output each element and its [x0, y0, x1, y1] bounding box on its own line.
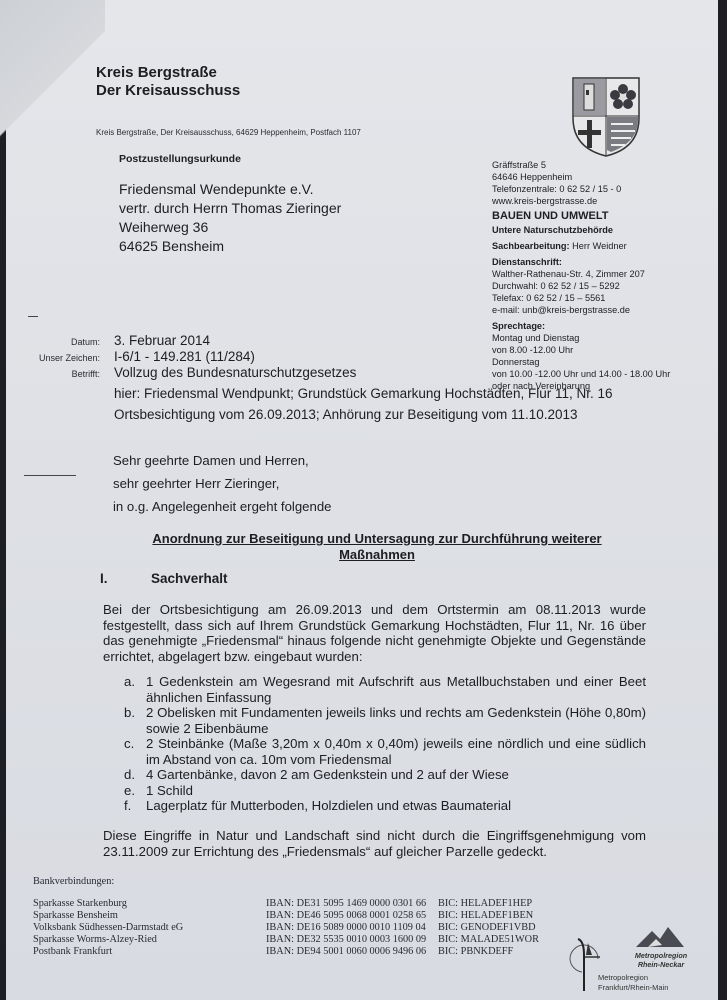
hours-line: von 10.00 -12.00 Uhr und 14.00 - 18.00 U… [492, 368, 722, 380]
sender-line: Kreis Bergstraße, Der Kreisausschuss, 64… [96, 128, 361, 137]
org-department: Der Kreisausschuss [96, 82, 240, 100]
bank-iban: IBAN: DE32 5535 0010 0003 1600 09 [266, 934, 426, 946]
contact-phone: Telefonzentrale: 0 62 52 / 15 - 0 [492, 183, 722, 195]
bank-iban: IBAN: DE46 5095 0068 0001 0258 65 [266, 910, 426, 922]
bank-name: Sparkasse Worms-Alzey-Ried [33, 934, 183, 946]
list-item: d.4 Gartenbänke, davon 2 am Gedenkstein … [124, 767, 646, 783]
facts-paragraph: Bei der Ortsbesichtigung am 26.09.2013 u… [103, 602, 646, 664]
bank-iban: IBAN: DE16 5089 0000 0010 1109 04 [266, 922, 426, 934]
bank-bic: BIC: PBNKDEFF [438, 946, 539, 958]
section-number: I. [100, 571, 108, 586]
bank-name: Sparkasse Starkenburg [33, 898, 183, 910]
violations-list: a.1 Gedenkstein am Wegesrand mit Aufschr… [124, 674, 646, 814]
list-item: f.Lagerplatz für Mutterboden, Holzdielen… [124, 798, 646, 814]
metropolregion-frm-text: Metropolregion Frankfurt/Rhein-Main [598, 973, 668, 993]
authority: Untere Naturschutzbehörde [492, 224, 722, 236]
salutation: Sehr geehrte Damen und Herren, [113, 453, 309, 468]
subject-value: Vollzug des Bundesnaturschutzgesetzes [114, 365, 356, 380]
hours-line: von 8.00 -12.00 Uhr [492, 344, 722, 356]
bank-name: Postbank Frankfurt [33, 946, 183, 958]
bank-name: Sparkasse Bensheim [33, 910, 183, 922]
list-item: a.1 Gedenkstein am Wegesrand mit Aufschr… [124, 674, 646, 705]
subject-line-3: Ortsbesichtigung vom 26.09.2013; Anhörun… [114, 407, 578, 422]
clerk: Sachbearbeitung: Herr Weidner [492, 240, 722, 252]
reference-label: Unser Zeichen: [10, 353, 100, 363]
bank-bics: BIC: HELADEF1HEP BIC: HELADEF1BEN BIC: G… [438, 898, 539, 958]
bank-bic: BIC: GENODEF1VBD [438, 922, 539, 934]
bank-iban: IBAN: DE94 5001 0060 0006 9496 06 [266, 946, 426, 958]
hours-line: Donnerstag [492, 356, 722, 368]
bank-name: Volksbank Südhessen-Darmstadt eG [33, 922, 183, 934]
list-item: e.1 Schild [124, 783, 646, 799]
bank-iban: IBAN: DE31 5095 1469 0000 0301 66 [266, 898, 426, 910]
bank-names: Sparkasse Starkenburg Sparkasse Bensheim… [33, 898, 183, 958]
date-label: Datum: [10, 337, 100, 347]
fax: Telefax: 0 62 52 / 15 – 5561 [492, 292, 722, 304]
subject-label: Betrifft: [10, 369, 100, 379]
hours-label: Sprechtage: [492, 320, 722, 332]
department: BAUEN UND UMWELT [492, 210, 722, 222]
bank-bic: BIC: HELADEF1BEN [438, 910, 539, 922]
contact-info: Gräffstraße 5 64646 Heppenheim Telefonze… [492, 159, 722, 392]
bank-bic: BIC: HELADEF1HEP [438, 898, 539, 910]
metropolregion-rn-text: Metropolregion Rhein-Neckar [626, 951, 696, 969]
recipient-city: 64625 Bensheim [119, 237, 341, 256]
letterhead-organization: Kreis Bergstraße Der Kreisausschuss [96, 64, 240, 100]
coat-of-arms-icon [571, 76, 641, 158]
hours-line: Montag und Dienstag [492, 332, 722, 344]
recipient-name: Friedensmal Wendepunkte e.V. [119, 180, 341, 199]
bank-bic: BIC: MALADE51WOR [438, 934, 539, 946]
bank-ibans: IBAN: DE31 5095 1469 0000 0301 66 IBAN: … [266, 898, 426, 958]
list-item: c.2 Steinbänke (Maße 3,20m x 0,40m x 0,4… [124, 736, 646, 767]
office-address: Walther-Rathenau-Str. 4, Zimmer 207 [492, 268, 722, 280]
recipient-street: Weiherweg 36 [119, 218, 341, 237]
page-curl [0, 0, 105, 140]
clerk-name: Herr Weidner [572, 241, 626, 251]
partner-logos: Metropolregion Frankfurt/Rhein-Main Metr… [566, 905, 716, 995]
contact-street: Gräffstraße 5 [492, 159, 722, 171]
order-heading: Anordnung zur Beseitigung und Untersagun… [146, 531, 608, 563]
letter-page: Kreis Bergstraße Der Kreisausschuss Krei… [6, 0, 718, 1000]
fold-mark [28, 316, 38, 317]
reference-value: I-6/1 - 149.281 (11/284) [114, 349, 255, 364]
contact-website[interactable]: www.kreis-bergstrasse.de [492, 195, 722, 207]
contact-city: 64646 Heppenheim [492, 171, 722, 183]
recipient-address: Friedensmal Wendepunkte e.V. vertr. durc… [119, 180, 341, 256]
org-name: Kreis Bergstraße [96, 64, 240, 82]
office-label: Dienstanschrift: [492, 256, 722, 268]
section-title: Sachverhalt [151, 571, 228, 586]
salutation-intro: in o.g. Angelegenheit ergeht folgende [113, 499, 332, 514]
bank-label: Bankverbindungen: [33, 876, 114, 888]
clerk-label: Sachbearbeitung: [492, 241, 570, 251]
email[interactable]: e-mail: unb@kreis-bergstrasse.de [492, 304, 722, 316]
list-item: b.2 Obelisken mit Fundamenten jeweils li… [124, 705, 646, 736]
salutation-name: sehr geehrter Herr Zieringer, [113, 476, 279, 491]
subject-line-2: hier: Friedensmal Wendpunkt; Grundstück … [114, 386, 613, 401]
date-value: 3. Februar 2014 [114, 333, 210, 348]
delivery-type: Postzustellungsurkunde [119, 153, 241, 165]
recipient-representative: vertr. durch Herrn Thomas Zieringer [119, 199, 341, 218]
fold-mark [24, 475, 76, 476]
direct-line: Durchwahl: 0 62 52 / 15 – 5292 [492, 280, 722, 292]
metropolregion-rn-logo-icon [634, 923, 686, 954]
closing-paragraph: Diese Eingriffe in Natur und Landschaft … [103, 828, 646, 859]
